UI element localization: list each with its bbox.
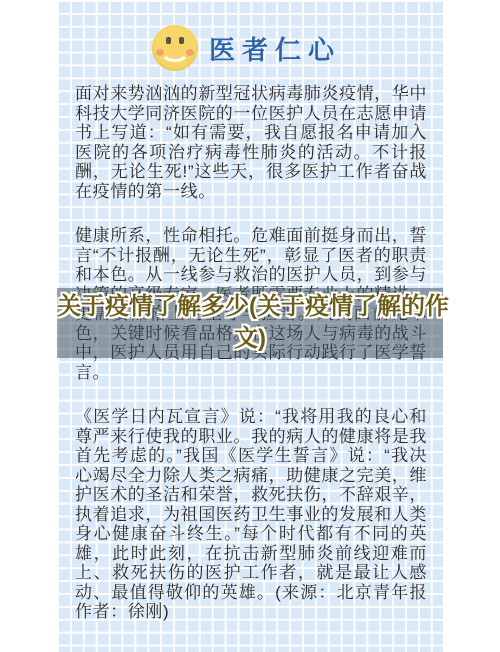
- smiley-face-icon: [152, 25, 198, 71]
- watermark-title: 关于疫情了解多少(关于疫情了解的作 文): [57, 291, 443, 355]
- smiley-mouth: [160, 38, 190, 62]
- watermark-title-line-1: 关于疫情了解多少(关于疫情了解的作: [57, 291, 443, 323]
- article-paragraph-3: 《医学日内瓦宣言》说：“我将用我的良心和尊严来行使我的职业。我的病人的健康将是我…: [75, 407, 427, 622]
- watermark-title-line-2: 文): [57, 323, 443, 355]
- article-title: 医者仁心: [209, 30, 341, 67]
- article-header: 医者仁心: [152, 25, 443, 71]
- article-paragraph-1: 面对来势汹汹的新型冠状病毒肺炎疫情，华中科技大学同济医院的一位医护人员在志愿申请…: [75, 84, 427, 201]
